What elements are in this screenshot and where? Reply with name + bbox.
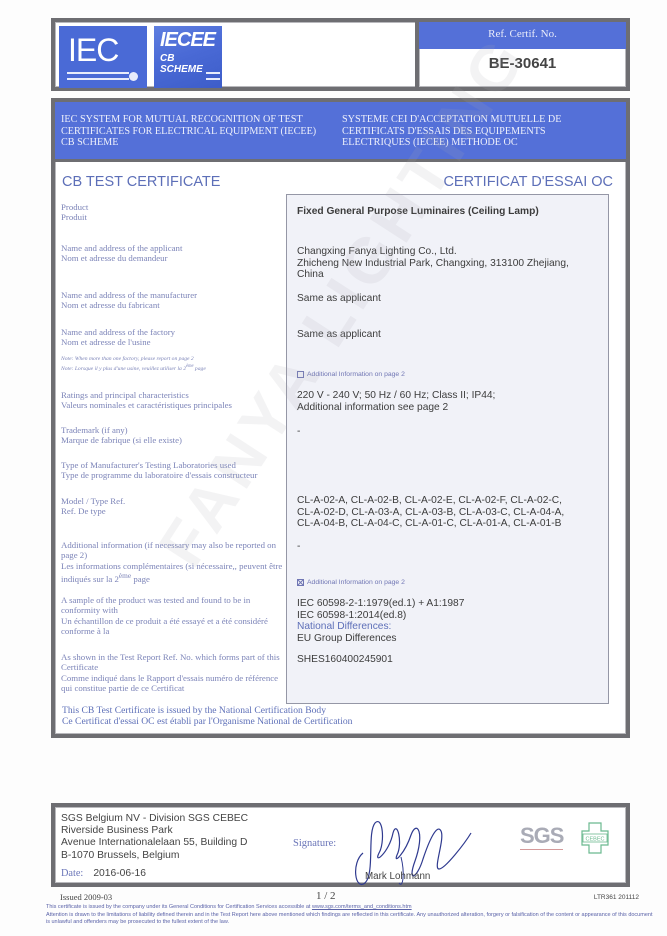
label-trademark: Trademark (if any)Marque de fabrique (si… [61,425,286,446]
svg-text:CEBEC: CEBEC [586,837,605,843]
scheme-fr-line: ELECTRIQUES (IECEE) METHODE OC [342,137,622,149]
factory-additional-info-label: Additional Information on page 2 [307,371,405,378]
scheme-title-english: IEC SYSTEM FOR MUTUAL RECOGNITION OF TES… [61,114,341,149]
label-applicant: Name and address of the applicantNom et … [61,243,286,264]
additional-info-flag-label: Additional Information on page 2 [307,579,405,586]
label-model: Model / Type Ref.Ref. De type [61,496,286,517]
scheme-en-line: IEC SYSTEM FOR MUTUAL RECOGNITION OF TES… [61,114,341,126]
iecee-logo-subtitle: CBSCHEME [160,53,203,75]
reference-number-box: Ref. Certif. No. BE-30641 [415,18,630,91]
signature-label: Signature: [293,838,336,849]
label-test-report: As shown in the Test Report Ref. No. whi… [61,652,286,693]
issued-by-statement: This CB Test Certificate is issued by th… [62,705,352,728]
sgs-logo: SGS [520,823,563,850]
page-number: 1 / 2 [316,890,336,902]
label-product: ProductProduit [61,202,286,223]
logo-box: IEC IECEE CBSCHEME [51,18,416,91]
national-differences-value: EU Group Differences [297,633,464,645]
scheme-fr-line: CERTIFICATS D'ESSAIS DES EQUIPEMENTS [342,126,622,138]
iecee-logo-lines-icon [206,72,220,80]
additional-info-value: - [297,541,300,553]
certificate-title-french: CERTIFICAT D'ESSAI OC [443,174,613,190]
checked-checkbox-icon[interactable] [297,579,304,586]
ref-certif-label: Ref. Certif. No. [419,22,626,49]
issuer-box: SGS Belgium NV - Division SGS CEBEC Rive… [51,803,630,887]
factory-value: Same as applicant [297,329,381,341]
label-conformity: A sample of the product was tested and f… [61,595,286,636]
label-manufacturer: Name and address of the manufacturerNom … [61,290,286,311]
issuer-address: SGS Belgium NV - Division SGS CEBEC Rive… [61,813,248,862]
scheme-fr-line: SYSTEME CEI D'ACCEPTATION MUTUELLE DE [342,114,622,126]
conformity-value: IEC 60598-2-1:1979(ed.1) + A1:1987 IEC 6… [297,598,464,644]
label-ratings: Ratings and principal characteristicsVal… [61,390,286,411]
issue-date: Date:2016-06-16 [61,868,146,879]
scheme-en-line: CB SCHEME [61,137,341,149]
label-testing-lab: Type of Manufacturer's Testing Laborator… [61,460,286,481]
issued-date: Issued 2009-03 [60,892,112,902]
ratings-value: 220 V - 240 V; 50 Hz / 60 Hz; Class II; … [297,390,495,413]
field-values-box: Fixed General Purpose Luminaires (Ceilin… [286,194,609,704]
cebec-logo-icon: CEBEC [580,821,610,855]
label-factory: Name and address of the factoryNom et ad… [61,327,286,348]
additional-info-checkbox[interactable]: Additional Information on page 2 [297,579,405,586]
scheme-band: IEC SYSTEM FOR MUTUAL RECOGNITION OF TES… [55,102,626,162]
iecee-logo-cb: CB [160,53,174,64]
iec-logo-dot-icon [129,72,138,81]
manufacturer-value: Same as applicant [297,293,381,305]
label-additional-info: Additional information (if necessary may… [61,540,286,584]
iecee-cb-scheme-logo: IECEE CBSCHEME [154,26,222,88]
trademark-value: - [297,426,300,438]
applicant-value: Changxing Fanya Lighting Co., Ltd.Zhiche… [297,246,569,281]
factory-additional-info-checkbox[interactable]: Additional Information on page 2 [297,371,405,378]
iecee-logo-scheme: SCHEME [160,64,203,75]
form-code: LTR361 201112 [594,894,639,901]
model-value: CL-A-02-A, CL-A-02-B, CL-A-02-E, CL-A-02… [297,495,564,530]
date-value: 2016-06-16 [93,868,146,879]
certificate-body: IEC SYSTEM FOR MUTUAL RECOGNITION OF TES… [51,98,630,738]
scheme-title-french: SYSTEME CEI D'ACCEPTATION MUTUELLE DE CE… [342,114,622,149]
signer-name: Mark Lohmann [365,871,430,882]
iec-logo: IEC [59,26,147,88]
date-label: Date: [61,868,83,879]
certificate-title-english: CB TEST CERTIFICATE [62,174,220,190]
national-differences-label: National Differences: [297,621,464,633]
unchecked-checkbox-icon[interactable] [297,371,304,378]
ref-certif-number: BE-30641 [419,55,626,72]
iecee-logo-title: IECEE [160,29,215,52]
terms-and-conditions-link[interactable]: www.sgs.com/terms_and_conditions.htm [312,904,412,910]
iec-logo-text: IEC [68,32,118,69]
product-value: Fixed General Purpose Luminaires (Ceilin… [297,206,539,218]
iec-logo-lines-icon [67,72,129,80]
factory-note: Note: When more than one factory, please… [61,356,286,373]
scheme-en-line: CERTIFICATES FOR ELECTRICAL EQUIPMENT (I… [61,126,341,138]
legal-fine-print: This certificate is issued by the compan… [46,904,656,927]
test-report-number: SHES160400245901 [297,654,393,666]
